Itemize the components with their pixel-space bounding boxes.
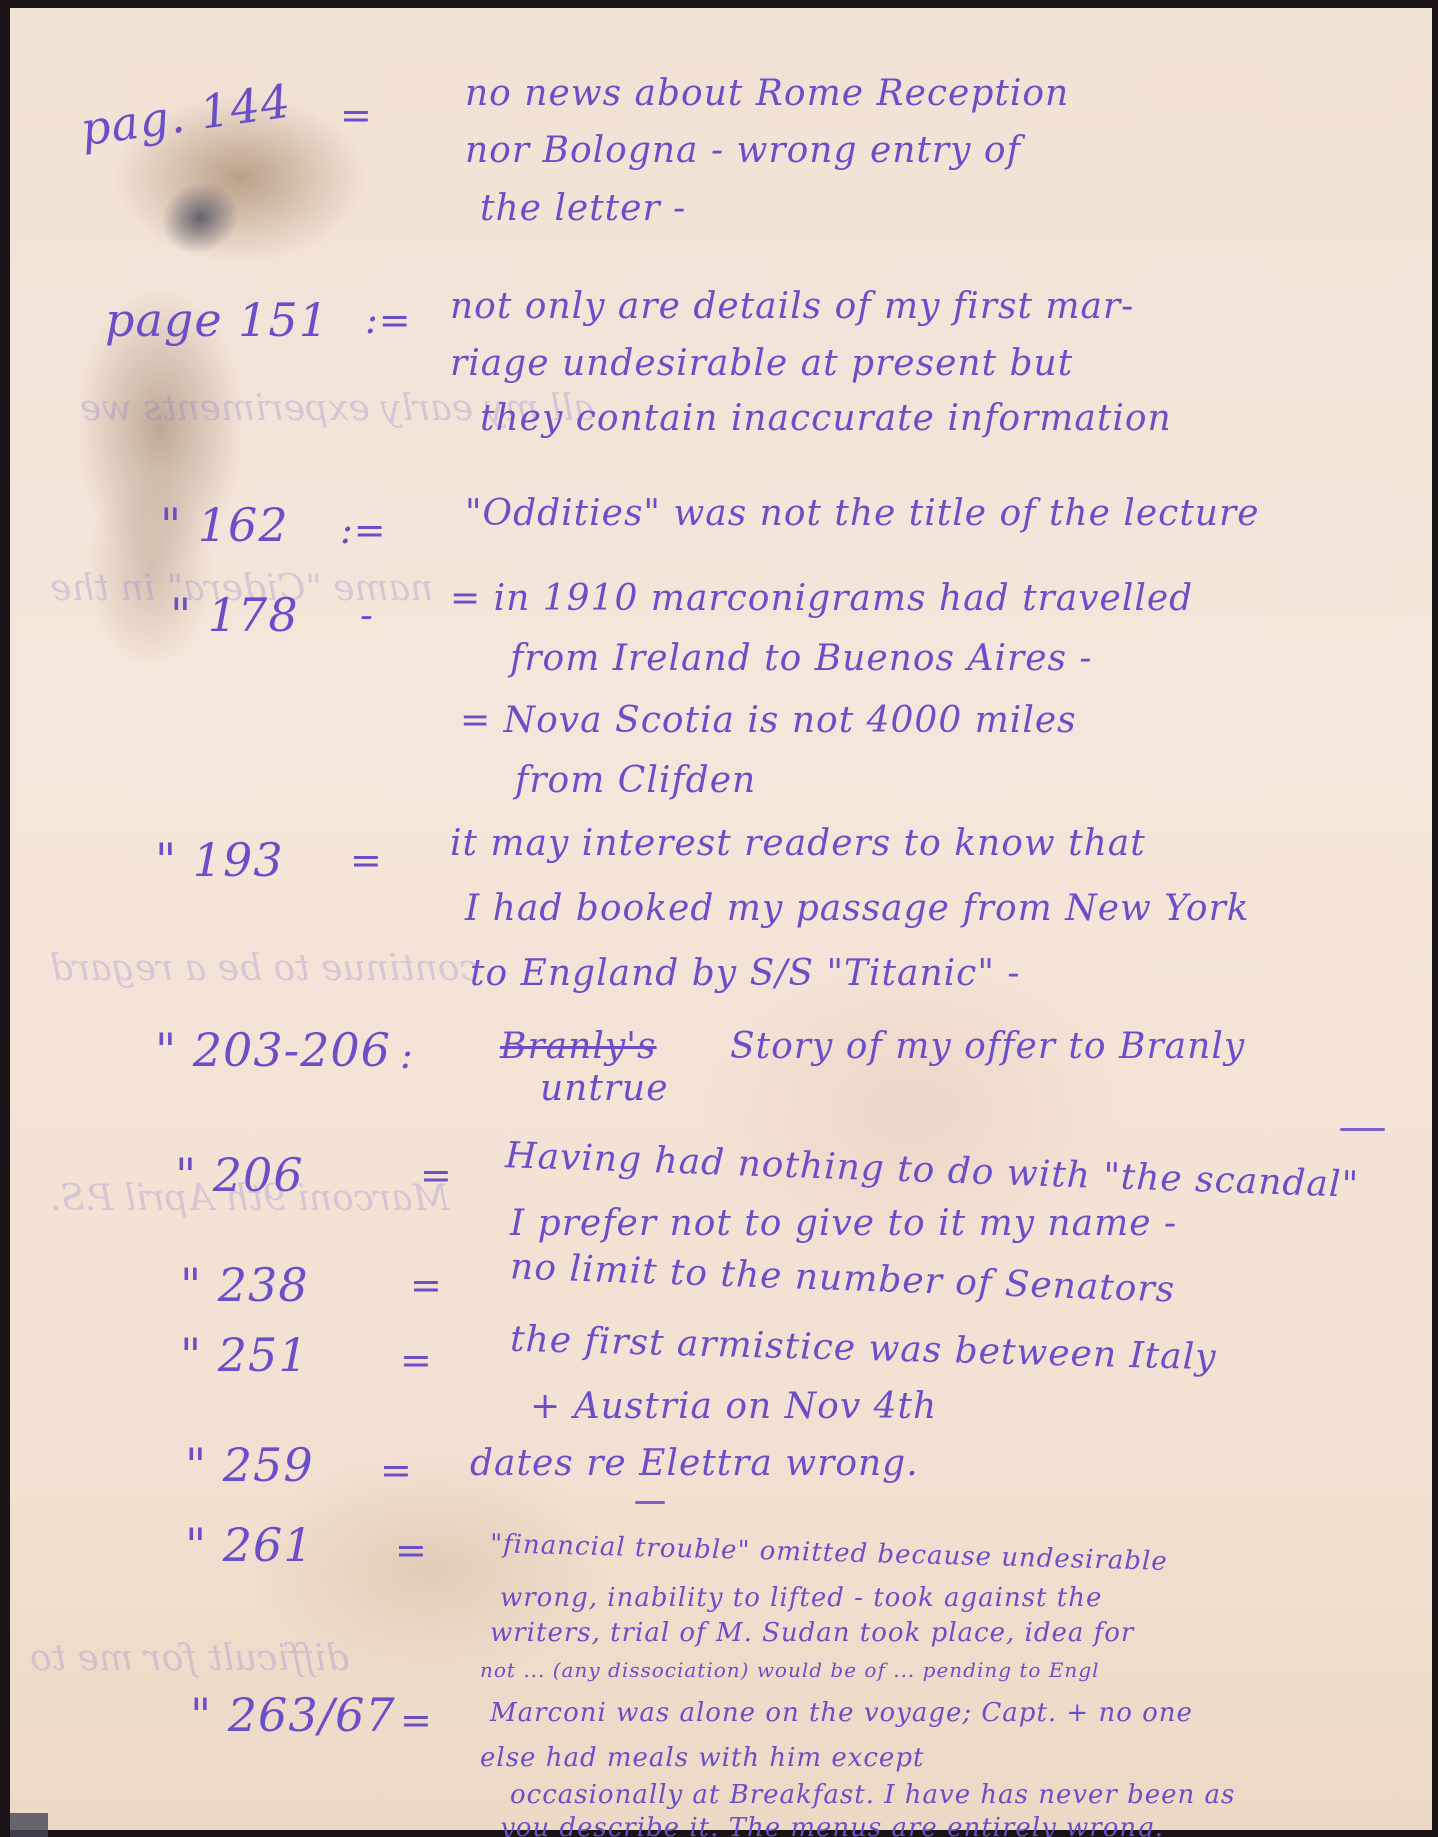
- entry-separator: =: [395, 1528, 428, 1572]
- entry-line: occasionally at Breakfast. I have has ne…: [510, 1780, 1235, 1810]
- entry-ref: " 206: [175, 1148, 304, 1202]
- entry-line: = in 1910 marconigrams had travelled: [450, 578, 1193, 619]
- entry-separator: =: [340, 93, 373, 137]
- entry-line: nor Bologna - wrong entry of: [465, 130, 1021, 171]
- entry-line: + Austria on Nov 4th: [530, 1386, 937, 1427]
- entry-line: untrue: [540, 1068, 669, 1109]
- entry-ref: pag. 144: [77, 74, 294, 157]
- entry-line: they contain inaccurate information: [480, 398, 1172, 439]
- entry-separator: -: [360, 593, 374, 637]
- entry-line: from Ireland to Buenos Aires -: [510, 638, 1093, 679]
- entry-line: to England by S/S "Titanic" -: [470, 953, 1021, 994]
- entry-line: you describe it. The menus are entirely …: [500, 1813, 1164, 1837]
- entry-separator: :: [400, 1033, 414, 1077]
- entry-line: = Nova Scotia is not 4000 miles: [460, 700, 1077, 741]
- entry-separator: =: [400, 1698, 433, 1742]
- entry-ref: page 151: [105, 293, 329, 347]
- entry-separator: :=: [340, 508, 387, 552]
- entry-separator: =: [410, 1263, 443, 1307]
- entry-line: no news about Rome Reception: [465, 73, 1069, 114]
- entry-separator: =: [380, 1448, 413, 1492]
- entry-separator: =: [350, 838, 383, 882]
- stain-mark: [149, 169, 251, 266]
- entry-ref: " 203-206: [155, 1023, 391, 1077]
- entry-line: writers, trial of M. Sudan took place, i…: [490, 1618, 1134, 1648]
- entry-line: the first armistice was between Italy: [510, 1319, 1217, 1378]
- entry-line: dates re Elettra wrong.: [470, 1443, 919, 1484]
- entry-ref: " 162: [160, 498, 289, 552]
- bleed-through-text: difficult for me to: [30, 1638, 349, 1679]
- entry-ref: " 263/67: [190, 1688, 396, 1742]
- entry-line: Marconi was alone on the voyage; Capt. +…: [490, 1698, 1193, 1728]
- entry-line: riage undesirable at present but: [450, 343, 1073, 384]
- struck-word: Branly's: [500, 1026, 657, 1067]
- entry-line: not ... (any dissociation) would be of .…: [480, 1658, 1100, 1682]
- entry-ref: " 251: [180, 1328, 309, 1382]
- entry-ref: " 193: [155, 833, 284, 887]
- entry-line: the letter -: [480, 188, 686, 229]
- entry-line: I prefer not to give to it my name -: [510, 1203, 1177, 1244]
- entry-line: Having had nothing to do with "the scand…: [505, 1135, 1360, 1206]
- entry-line: else had meals with him except: [480, 1743, 924, 1773]
- entry-separator: :=: [365, 298, 412, 342]
- entry-line: "financial trouble" omitted because unde…: [490, 1529, 1168, 1577]
- corner-damage: [10, 1813, 48, 1837]
- entry-line: it may interest readers to know that: [450, 823, 1146, 864]
- bleed-through-text: continue to be a regard: [50, 948, 480, 989]
- underline-mark: [635, 1501, 665, 1504]
- entry-line: "Oddities" was not the title of the lect…: [465, 493, 1260, 534]
- entry-line: not only are details of my first mar-: [450, 286, 1134, 327]
- entry-line: no limit to the number of Senators: [509, 1246, 1175, 1310]
- entry-ref: " 259: [185, 1438, 314, 1492]
- document-page: all my early experiments we name "Cidera…: [10, 8, 1432, 1830]
- entry-ref: " 261: [185, 1518, 314, 1572]
- entry-line: I had booked my passage from New York: [465, 888, 1250, 929]
- entry-line: wrong, inability to lifted - took agains…: [500, 1583, 1102, 1613]
- entry-line: from Clifden: [515, 760, 756, 801]
- entry-ref: " 178: [170, 588, 299, 642]
- margin-dash: [1340, 1128, 1385, 1131]
- entry-line: Story of my offer to Branly: [730, 1026, 1245, 1067]
- entry-ref: " 238: [180, 1258, 309, 1312]
- entry-separator: =: [400, 1338, 433, 1382]
- entry-separator: =: [420, 1153, 453, 1197]
